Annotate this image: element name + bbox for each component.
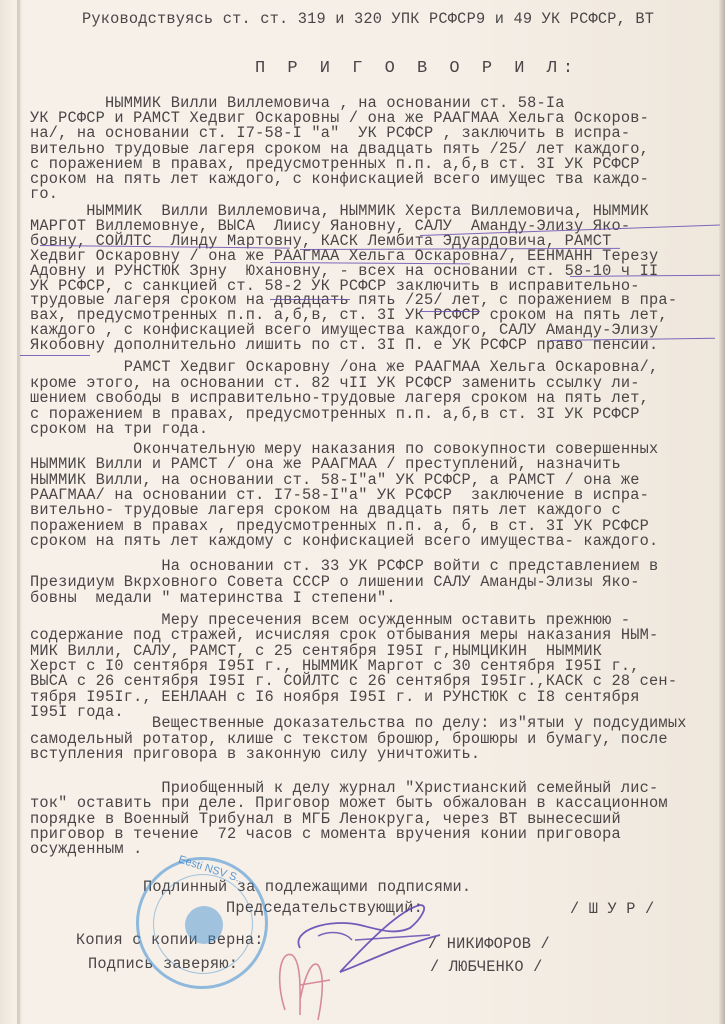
- certify-name: / ЛЮБЧЕНКО /: [430, 960, 543, 975]
- text-line: шением свободы в исправительно-трудовые …: [30, 391, 649, 406]
- text-line: На основании ст. 33 УК РСФСР войти с пре…: [30, 559, 658, 574]
- document-page: Руководствуясь ст. ст. 319 и 320 УПК РСФ…: [0, 0, 725, 1024]
- text-line: вступления приговора в законную силу уни…: [30, 747, 480, 762]
- underline-mark: [270, 299, 350, 300]
- text-line: сроком на пять лет каждому с конфискацие…: [30, 534, 658, 549]
- text-line: осужденным .: [30, 842, 143, 857]
- copy-name: / НИКИФОРОВ /: [428, 937, 550, 952]
- text-line: го.: [30, 187, 58, 202]
- text-line: Вещественные доказательства по делу: из"…: [30, 716, 687, 731]
- text-line: сроком на три года.: [30, 422, 208, 437]
- text-line: бовны медали " материнства I степени".: [30, 591, 396, 606]
- stamp-emblem-icon: [185, 906, 223, 944]
- official-stamp: Eesti NSV S...: [136, 857, 268, 989]
- chair-name: / Ш У Р /: [570, 902, 654, 917]
- underline-mark: [420, 311, 480, 312]
- text-line: Президиум Вкрховного Совета СССР о лишен…: [30, 575, 640, 590]
- page-edge: [719, 0, 725, 1024]
- text-line: сроком на пять лет каждого, с конфискаци…: [30, 172, 649, 187]
- red-initials-icon: [280, 954, 330, 1020]
- text-line: РАМСТ Хедвиг Оскаровну /она же РААГМАА Х…: [30, 360, 658, 375]
- preamble: Руководствуясь ст. ст. 319 и 320 УПК РСФ…: [82, 12, 654, 27]
- underline-mark: [20, 355, 90, 356]
- binding-edge: [17, 0, 20, 1024]
- verdict-heading: П Р И Г О В О Р И Л:: [255, 60, 579, 77]
